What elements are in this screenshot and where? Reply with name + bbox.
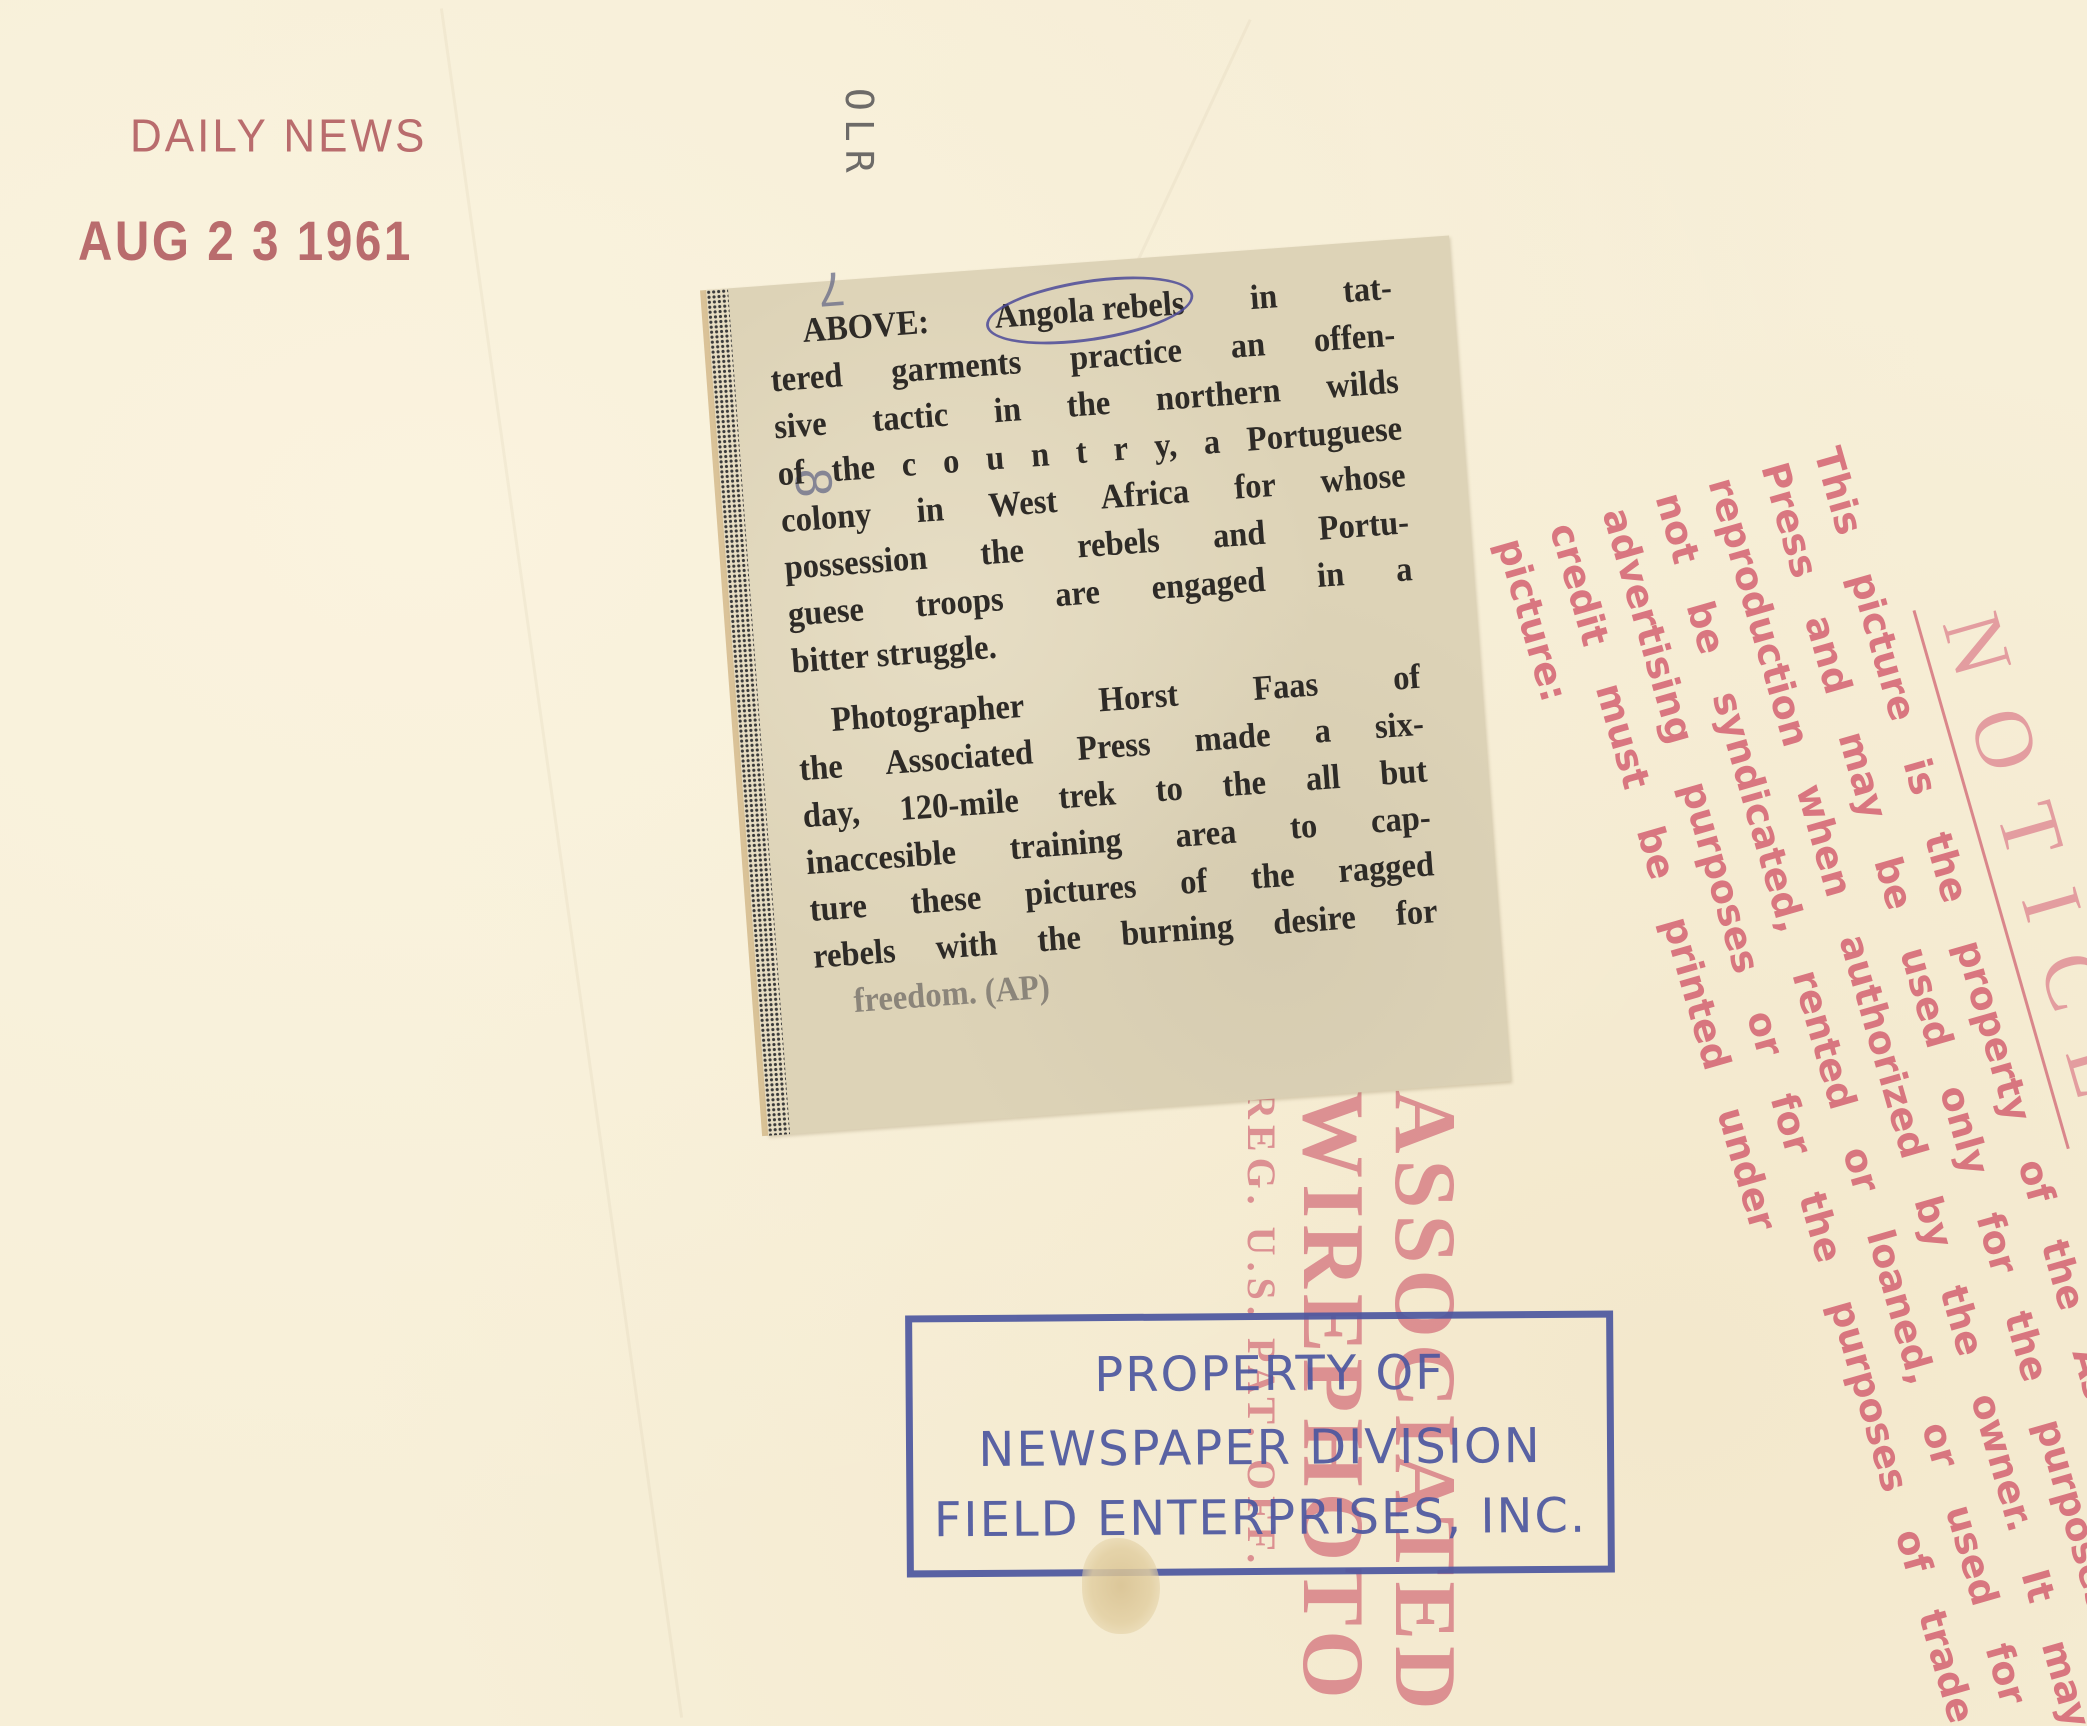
property-stamp-line: PROPERTY OF — [912, 1344, 1606, 1405]
glue-stain — [1082, 1538, 1160, 1634]
text-fragment: in tat- — [1249, 268, 1393, 317]
paper-crease — [440, 8, 683, 1718]
property-stamp: PROPERTY OF NEWSPAPER DIVISION FIELD ENT… — [905, 1311, 1615, 1578]
caption-lead: ABOVE: — [801, 302, 930, 350]
clipping-text: ABOVE: Angola rebels in tat- tered garme… — [766, 264, 1443, 1027]
newspaper-clipping: 7 8 ABOVE: Angola rebels in tat- tered g… — [706, 235, 1511, 1135]
photographer-paragraph: Photographer Horst Faas of the Associate… — [794, 653, 1442, 1027]
file-code: OLR — [840, 88, 878, 128]
property-stamp-line: FIELD ENTERPRISES, INC. — [913, 1488, 1607, 1549]
property-stamp-line: NEWSPAPER DIVISION — [913, 1418, 1607, 1479]
caption-paragraph: ABOVE: Angola rebels in tat- tered garme… — [766, 264, 1418, 685]
received-date: AUG 2 3 1961 — [78, 208, 413, 273]
newspaper-name: DAILY NEWS — [130, 111, 427, 164]
